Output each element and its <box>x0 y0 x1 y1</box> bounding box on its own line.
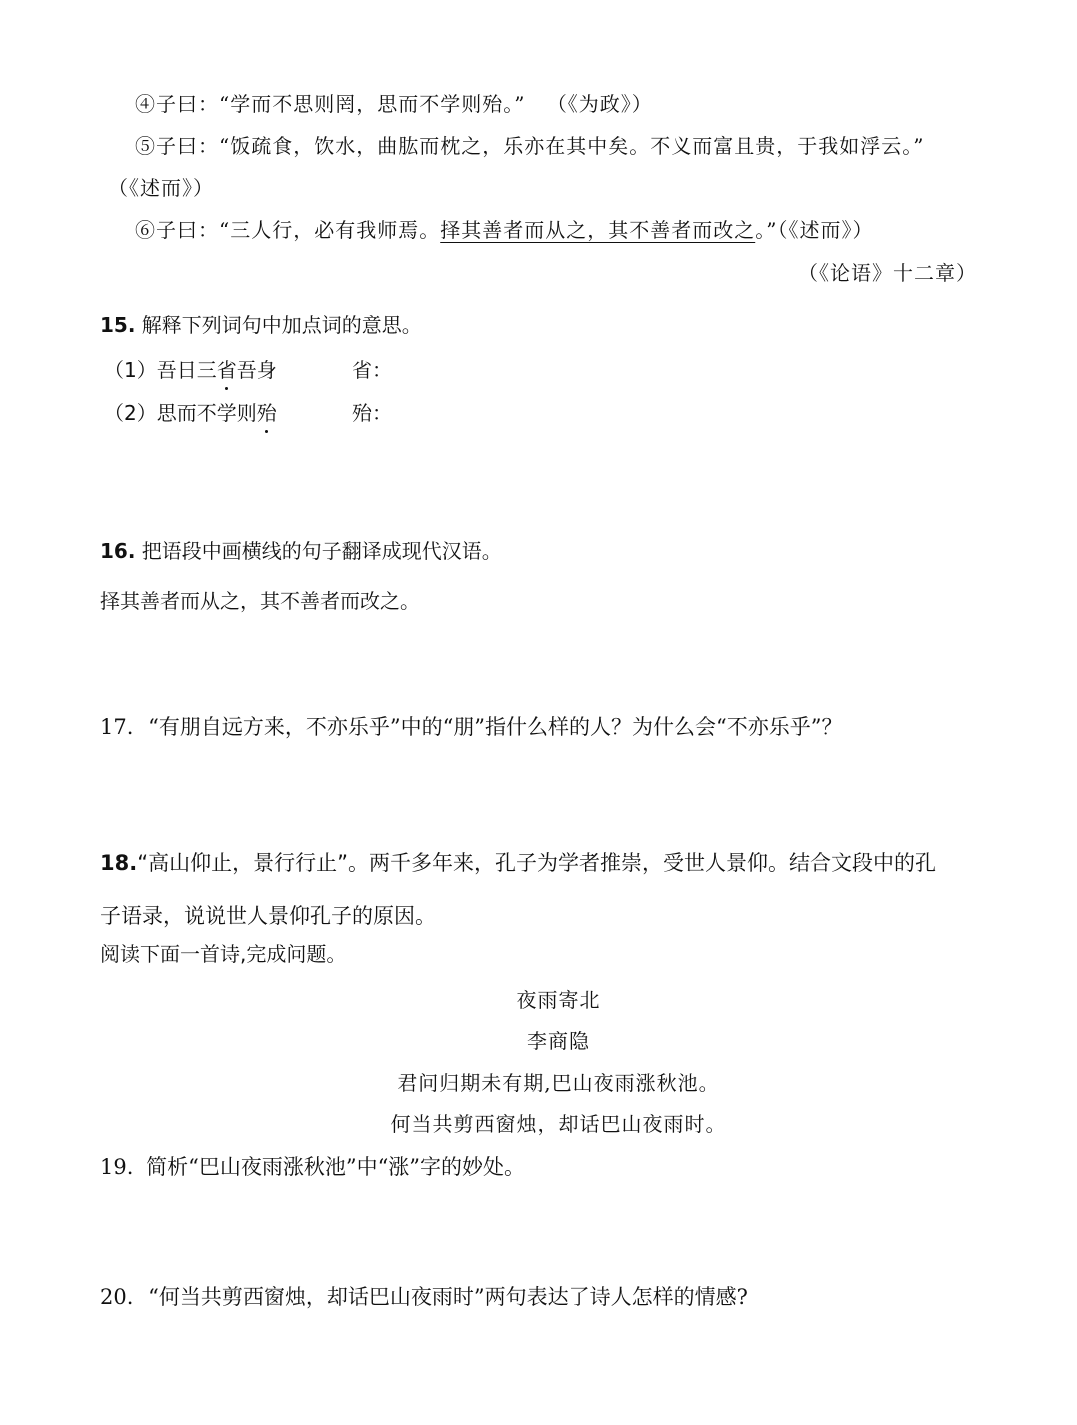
poem-title: 夜雨寄北 <box>0 986 1077 1014</box>
q17-heading: 17. “有朋自远方来，不亦乐乎”中的“朋”指什么样的人？为什么会“不亦乐乎”？ <box>100 713 843 741</box>
question-text: “高山仰止，景行行止”。两千多年来，孔子为学者推崇，受世人景仰。结合文段中的孔 <box>137 851 936 875</box>
question-text: 把语段中画横线的句子翻译成现代汉语。 <box>142 539 502 563</box>
dotted-word: 殆 <box>257 399 277 427</box>
poem-intro: 阅读下面一首诗,完成问题。 <box>100 940 346 968</box>
poem-line-2: 何当共剪西窗烛，却话巴山夜雨时。 <box>0 1110 1077 1138</box>
underlined-sentence: 择其善者而从之，其不善者而改之 <box>440 218 755 242</box>
q15-item-2: （2）思而不学则殆 <box>104 399 277 427</box>
q18-line-2: 子语录，说说世人景仰孔子的原因。 <box>100 902 436 930</box>
question-number: 16. <box>100 539 135 563</box>
item-6-source: 。”（《述而》） <box>755 218 873 242</box>
item-text: 吾日三 <box>157 358 217 382</box>
question-number: 18. <box>100 851 137 875</box>
item-4-text: ④子曰：“学而不思则罔，思而不学则殆。” <box>135 92 525 116</box>
q20-heading: 20. “何当共剪西窗烛，却话巴山夜雨时”两句表达了诗人怎样的情感? <box>100 1283 748 1311</box>
q15-heading: 15. 解释下列词句中加点词的意思。 <box>100 311 422 339</box>
passage-item-5: ⑤子曰：“饭疏食，饮水，曲肱而枕之，乐亦在其中矣。不义而富且贵，于我如浮云。” <box>135 132 924 160</box>
question-text: “何当共剪西窗烛，却话巴山夜雨时”两句表达了诗人怎样的情感? <box>148 1285 748 1309</box>
q15-item-1: （1）吾日三省吾身 <box>104 356 277 384</box>
question-text: “有朋自远方来，不亦乐乎”中的“朋”指什么样的人？为什么会“不亦乐乎”？ <box>148 715 842 739</box>
question-text: 简析“巴山夜雨涨秋池”中“涨”字的妙处。 <box>146 1155 525 1179</box>
item-label: （1） <box>104 358 157 382</box>
passage-item-4: ④子曰：“学而不思则罔，思而不学则殆。” （《为政》） <box>135 90 653 118</box>
passage-item-6: ⑥子曰：“三人行，必有我师焉。择其善者而从之，其不善者而改之。”（《述而》） <box>135 216 873 244</box>
item-label: （2） <box>104 401 157 425</box>
q18-line-1: 18.“高山仰止，景行行止”。两千多年来，孔子为学者推崇，受世人景仰。结合文段中… <box>100 849 936 877</box>
item-text: 吾身 <box>237 358 277 382</box>
question-number: 15. <box>100 313 135 337</box>
question-text: 解释下列词句中加点词的意思。 <box>142 313 422 337</box>
question-number: 17. <box>100 715 133 739</box>
question-number: 20. <box>100 1285 133 1309</box>
poem-author: 李商隐 <box>0 1027 1077 1055</box>
poem-line-1: 君问归期未有期,巴山夜雨涨秋池。 <box>0 1069 1077 1097</box>
question-number: 19. <box>100 1155 133 1179</box>
item-text: 思而不学则 <box>157 401 257 425</box>
q15-item-1-answer-label: 省： <box>352 356 392 384</box>
q19-heading: 19. 简析“巴山夜雨涨秋池”中“涨”字的妙处。 <box>100 1153 525 1181</box>
dotted-word: 省 <box>217 356 237 384</box>
q16-heading: 16. 把语段中画横线的句子翻译成现代汉语。 <box>100 537 502 565</box>
item-4-source: （《为政》） <box>547 92 653 116</box>
item-6-text: ⑥子曰：“三人行，必有我师焉。 <box>135 218 440 242</box>
q16-sentence: 择其善者而从之，其不善者而改之。 <box>100 587 420 615</box>
passage-item-5-source: （《述而》） <box>108 174 214 202</box>
passage-citation: （《论语》十二章） <box>798 259 977 287</box>
q15-item-2-answer-label: 殆： <box>352 399 392 427</box>
